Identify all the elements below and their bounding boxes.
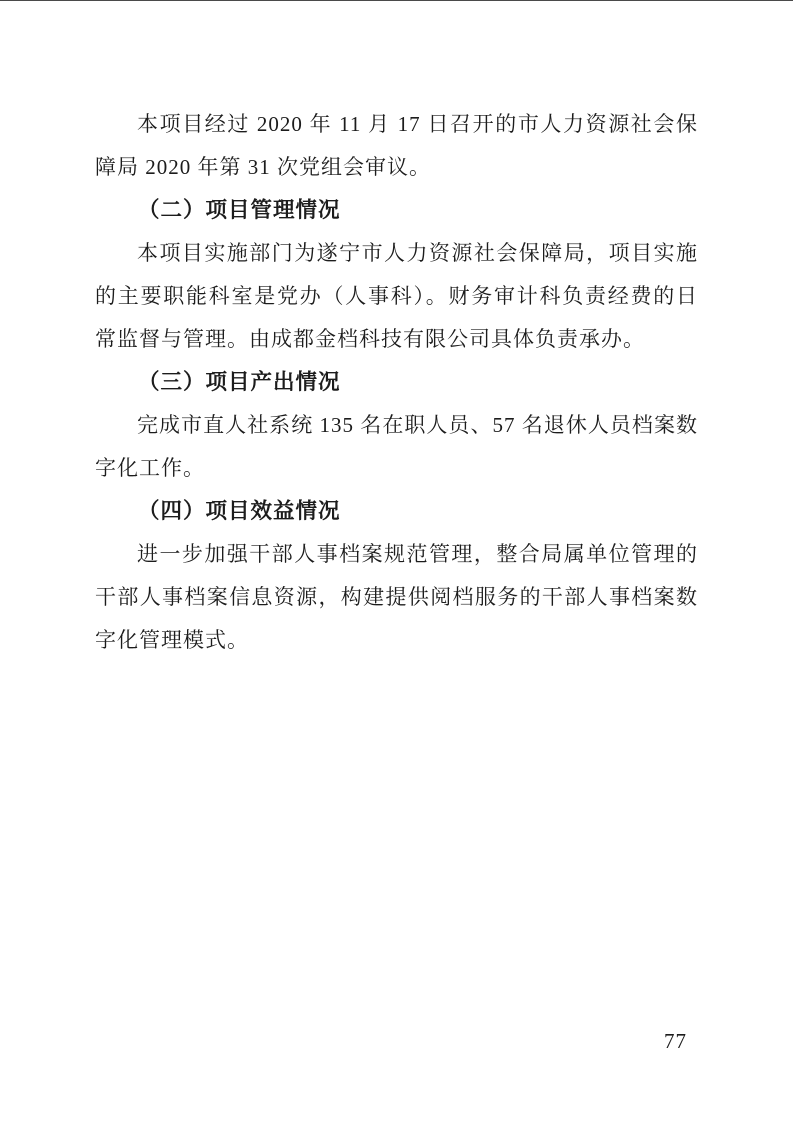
paragraph-project-benefit: 进一步加强干部人事档案规范管理，整合局属单位管理的干部人事档案信息资源，构建提供… xyxy=(95,533,698,662)
document-content: 本项目经过 2020 年 11 月 17 日召开的市人力资源社会保障局 2020… xyxy=(95,103,698,662)
paragraph-project-output: 完成市直人社系统 135 名在职人员、57 名退休人员档案数字化工作。 xyxy=(95,404,698,490)
document-page: 本项目经过 2020 年 11 月 17 日召开的市人力资源社会保障局 2020… xyxy=(0,0,793,1122)
page-number: 77 xyxy=(664,1026,687,1056)
paragraph-review-meeting: 本项目经过 2020 年 11 月 17 日召开的市人力资源社会保障局 2020… xyxy=(95,103,698,189)
section-heading-project-output: （三）项目产出情况 xyxy=(95,361,698,404)
paragraph-project-management: 本项目实施部门为遂宁市人力资源社会保障局，项目实施的主要职能科室是党办（人事科）… xyxy=(95,232,698,361)
page-top-edge-line xyxy=(0,0,793,1)
section-heading-project-benefit: （四）项目效益情况 xyxy=(95,490,698,533)
section-heading-project-management: （二）项目管理情况 xyxy=(95,189,698,232)
